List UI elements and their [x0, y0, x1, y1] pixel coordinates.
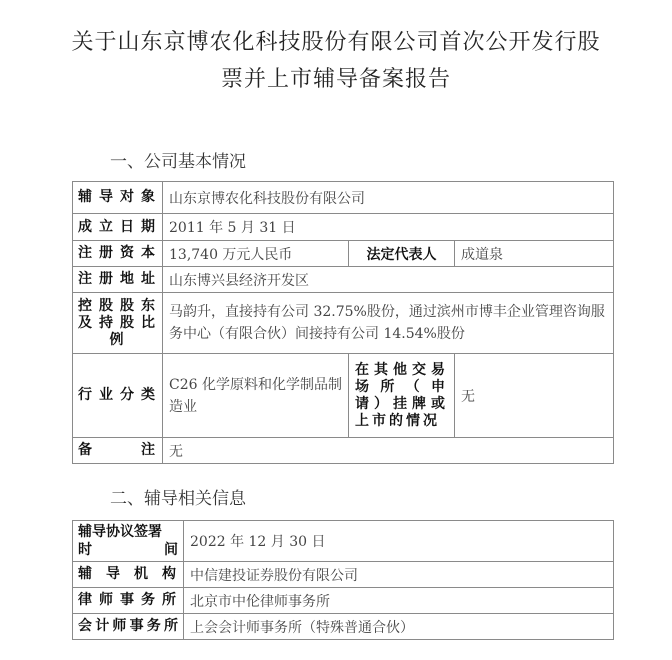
founded-label: 成立日期	[73, 214, 163, 241]
tutoring-info-table: 辅导协议签署 时 间 2022 年 12 月 30 日 辅导机构 中信建投证券股…	[72, 520, 614, 640]
table-row: 辅导机构 中信建投证券股份有限公司	[73, 562, 614, 588]
accounting-firm-label: 会计师事务所	[73, 614, 184, 640]
agreement-label-line2: 时 间	[78, 541, 178, 559]
section-heading-tutoring-info: 二、辅导相关信息	[110, 484, 246, 509]
agreement-label: 辅导协议签署 时 间	[73, 521, 184, 562]
table-row: 会计师事务所 上会会计师事务所（特殊普通合伙）	[73, 614, 614, 640]
agreement-label-line1: 辅导协议签署	[78, 523, 178, 541]
accounting-firm-value: 上会会计师事务所（特殊普通合伙）	[184, 614, 614, 640]
table-row: 律师事务所 北京市中伦律师事务所	[73, 588, 614, 614]
agreement-label-b: 间	[164, 541, 178, 559]
other-listing-label: 在其他交易场所（申请）挂牌或上市的情况	[349, 354, 455, 438]
table-row: 成立日期 2011 年 5 月 31 日	[73, 214, 614, 241]
subject-value: 山东京博农化科技股份有限公司	[163, 182, 614, 214]
subject-label: 辅导对象	[73, 182, 163, 214]
table-row: 辅导协议签署 时 间 2022 年 12 月 30 日	[73, 521, 614, 562]
institution-value: 中信建投证券股份有限公司	[184, 562, 614, 588]
table-row: 备 注 无	[73, 438, 614, 464]
remarks-label-a: 备	[78, 442, 94, 459]
capital-label: 注册资本	[73, 241, 163, 267]
industry-value: C26 化学原料和化学制品制造业	[163, 354, 349, 438]
table-row: 控股股东及持股比例 马韵升，直接持有公司 32.75%股份，通过滨州市博丰企业管…	[73, 293, 614, 354]
remarks-value: 无	[163, 438, 614, 464]
company-info-table: 辅导对象 山东京博农化科技股份有限公司 成立日期 2011 年 5 月 31 日…	[72, 181, 614, 464]
industry-label: 行业分类	[73, 354, 163, 438]
agreement-label-a: 时	[78, 541, 92, 559]
founded-value: 2011 年 5 月 31 日	[163, 214, 614, 241]
legal-rep-label: 法定代表人	[349, 241, 455, 267]
remarks-label: 备 注	[73, 438, 163, 464]
shareholder-value: 马韵升，直接持有公司 32.75%股份，通过滨州市博丰企业管理咨询服务中心（有限…	[163, 293, 614, 354]
other-listing-value: 无	[455, 354, 614, 438]
law-firm-label: 律师事务所	[73, 588, 184, 614]
document-title-line1: 关于山东京博农化科技股份有限公司首次公开发行股	[0, 25, 672, 56]
address-value: 山东博兴县经济开发区	[163, 267, 614, 293]
law-firm-value: 北京市中伦律师事务所	[184, 588, 614, 614]
remarks-label-b: 注	[141, 442, 157, 459]
document-title-line2: 票并上市辅导备案报告	[0, 62, 672, 93]
address-label: 注册地址	[73, 267, 163, 293]
shareholder-label: 控股股东及持股比例	[73, 293, 163, 354]
institution-label: 辅导机构	[73, 562, 184, 588]
agreement-value: 2022 年 12 月 30 日	[184, 521, 614, 562]
capital-value: 13,740 万元人民币	[163, 241, 349, 267]
table-row: 行业分类 C26 化学原料和化学制品制造业 在其他交易场所（申请）挂牌或上市的情…	[73, 354, 614, 438]
legal-rep-value: 成道泉	[455, 241, 614, 267]
table-row: 注册资本 13,740 万元人民币 法定代表人 成道泉	[73, 241, 614, 267]
table-row: 注册地址 山东博兴县经济开发区	[73, 267, 614, 293]
section-heading-company-info: 一、公司基本情况	[110, 147, 246, 172]
table-row: 辅导对象 山东京博农化科技股份有限公司	[73, 182, 614, 214]
